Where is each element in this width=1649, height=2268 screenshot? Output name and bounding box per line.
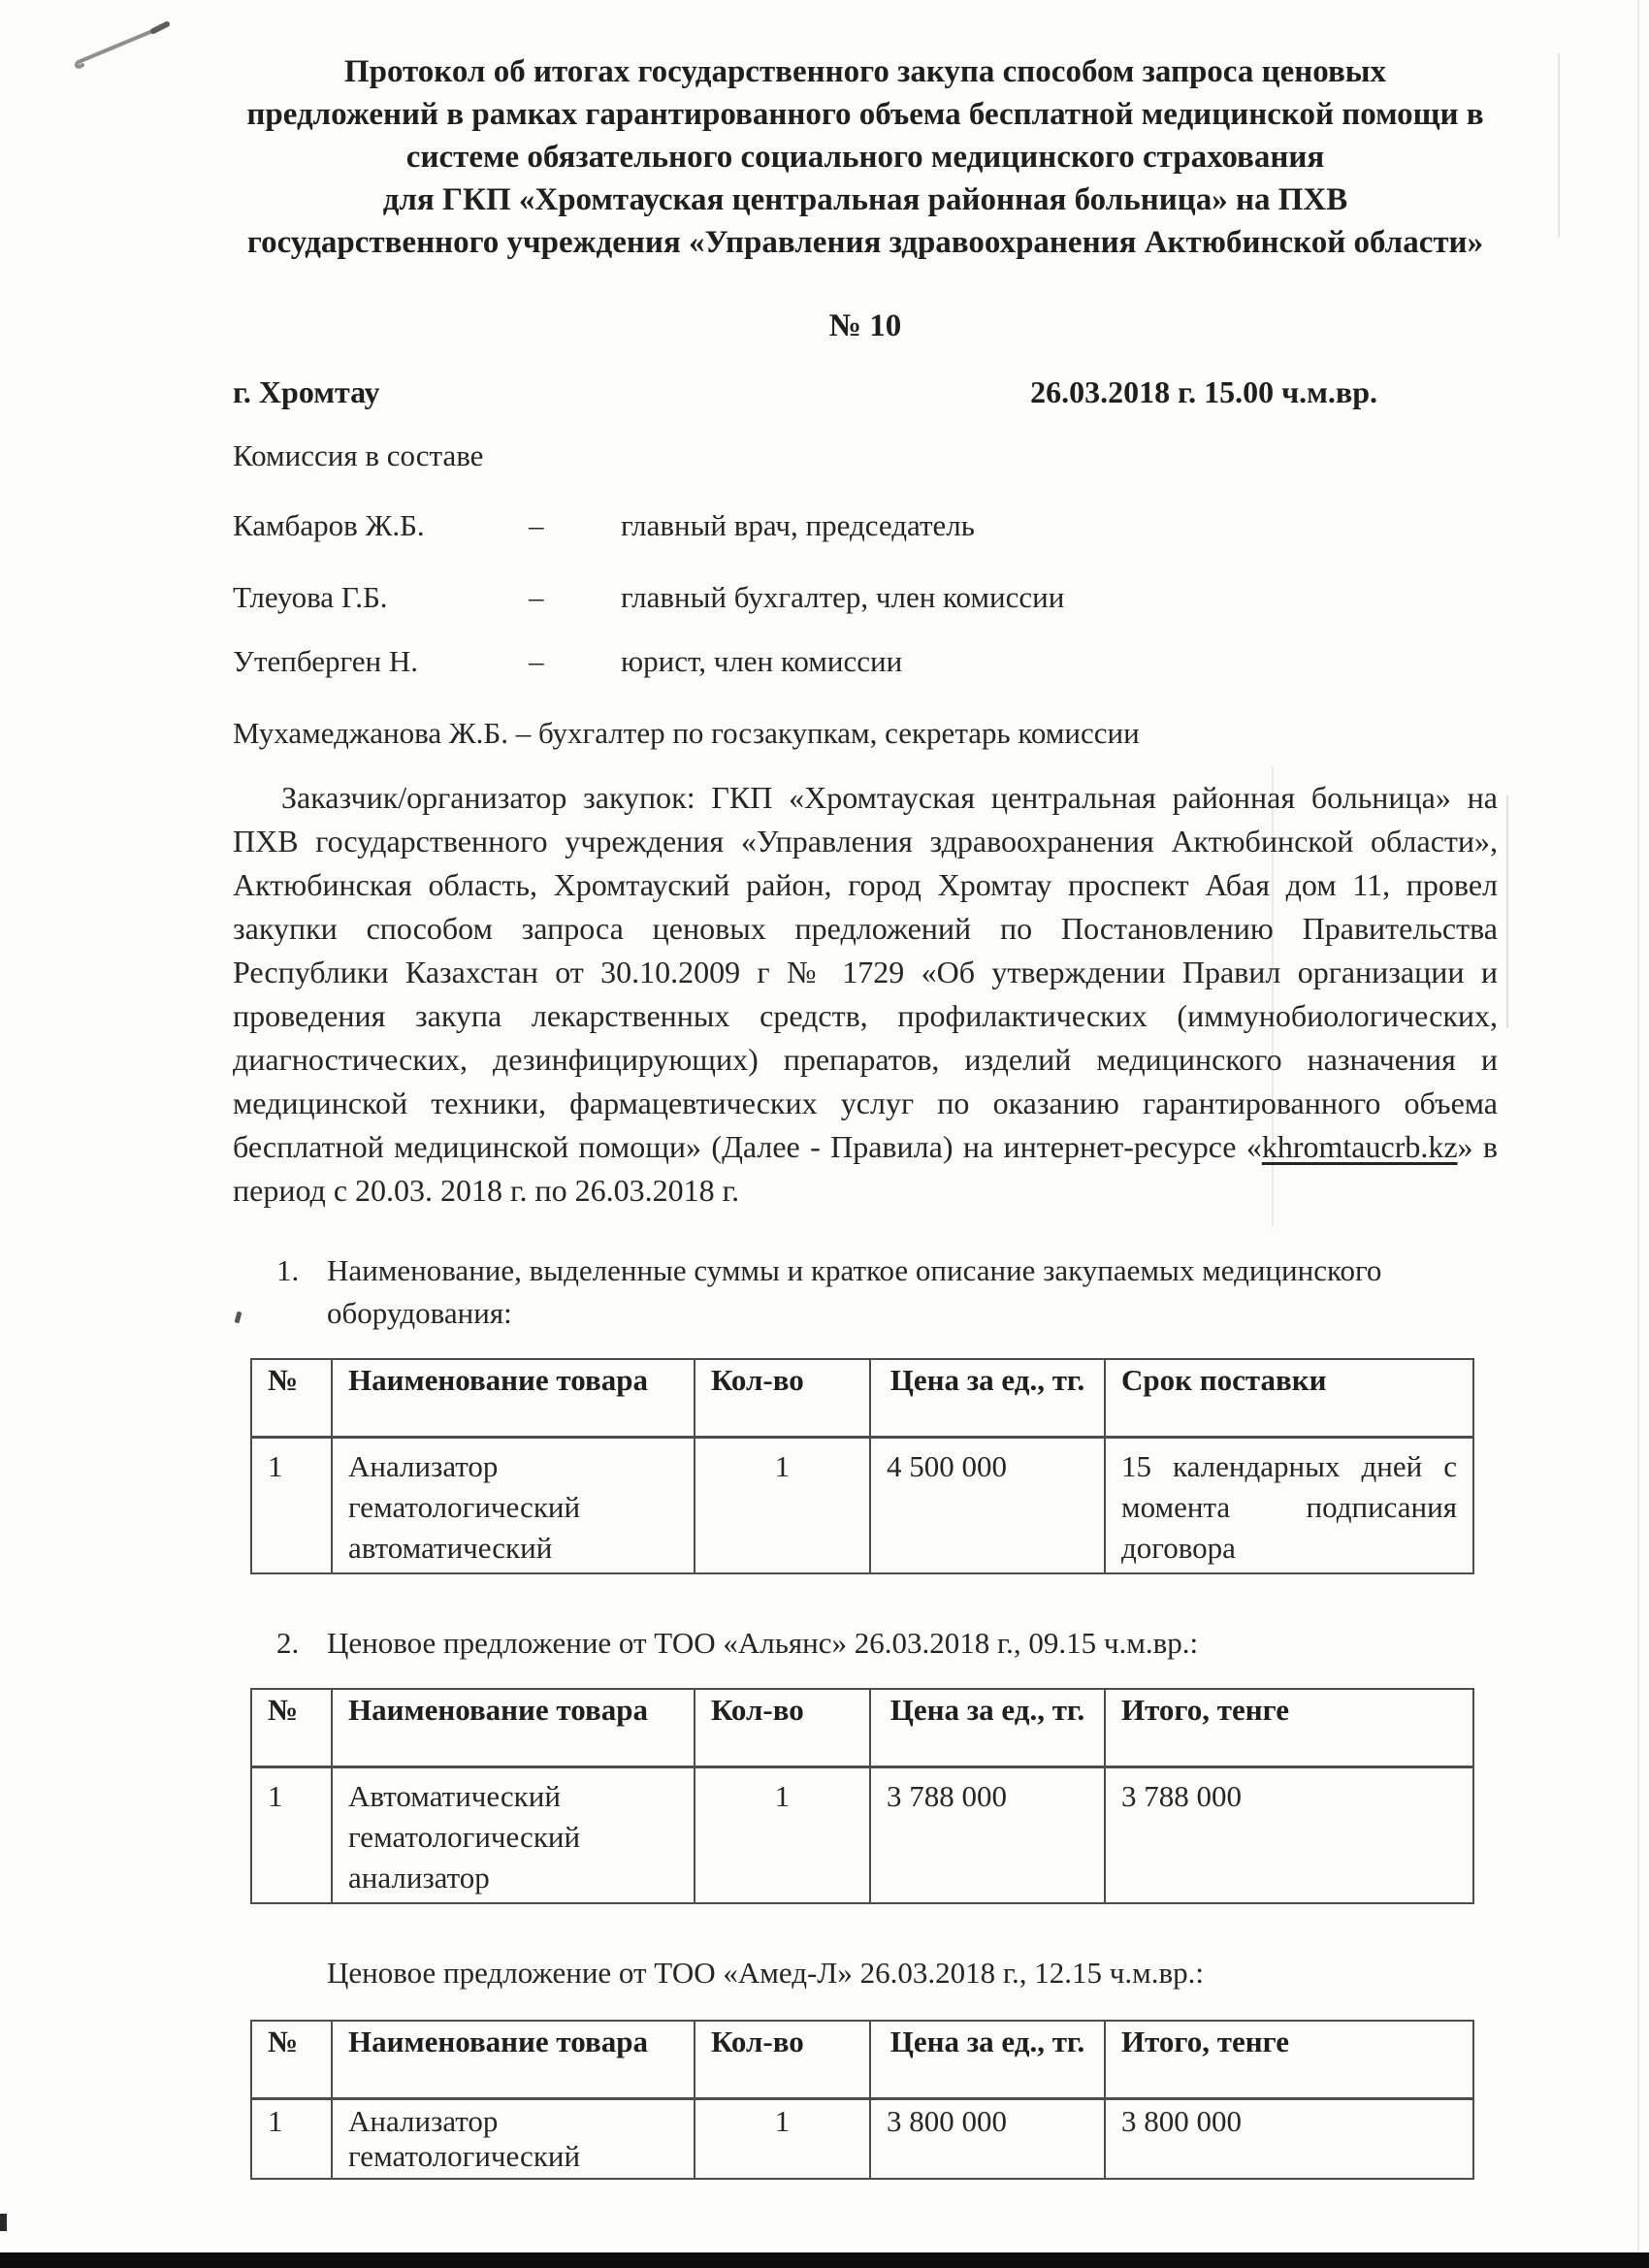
header-cell-qty: Кол-во: [695, 1689, 870, 1767]
title-line-2: предложений в рамках гарантированного об…: [233, 93, 1498, 136]
commission-member-role: главный бухгалтер, член комиссии: [621, 580, 1498, 615]
section-text: Наименование, выделенные суммы и краткое…: [327, 1249, 1498, 1335]
commission-row: Камбаров Ж.Б. – главный врач, председате…: [233, 508, 1498, 543]
section-text: Ценовое предложение от ТОО «Альянс» 26.0…: [327, 1622, 1498, 1665]
title-line-1: Протокол об итогах государственного заку…: [233, 50, 1498, 93]
header-cell-total: Итого, тенге: [1105, 2021, 1473, 2099]
section-item-1: 1. Наименование, выделенные суммы и крат…: [276, 1249, 1498, 1335]
commission-dash: –: [529, 644, 621, 679]
header-cell-qty: Кол-во: [695, 1359, 870, 1438]
header-cell-price: Цена за ед., тг.: [870, 2021, 1105, 2099]
place-label: г. Хромтау: [233, 374, 380, 410]
scan-edge-mark: [0, 2214, 7, 2231]
table-header-row: № Наименование товара Кол-во Цена за ед.…: [251, 1689, 1473, 1767]
section-number: 1.: [276, 1249, 327, 1335]
offer-amed-table: № Наименование товара Кол-во Цена за ед.…: [250, 2020, 1474, 2180]
cell-number: 1: [251, 2099, 332, 2180]
header-cell-number: №: [251, 1689, 332, 1767]
title-line-3: системе обязательного социального медици…: [233, 136, 1498, 178]
header-cell-product: Наименование товара: [332, 1359, 695, 1438]
table-header-row: № Наименование товара Кол-во Цена за ед.…: [251, 1359, 1473, 1438]
header-cell-qty: Кол-во: [695, 2021, 870, 2099]
document-title: Протокол об итогах государственного заку…: [233, 50, 1498, 264]
scan-streak: [1558, 53, 1560, 238]
header-cell-product: Наименование товара: [332, 1689, 695, 1767]
table-row: 1 Автоматический гематологический анализ…: [251, 1767, 1473, 1904]
scan-bottom-bar: [0, 2252, 1649, 2268]
cell-total: 3 800 000: [1105, 2099, 1473, 2180]
secretary-line: Мухамеджанова Ж.Б. – бухгалтер по госзак…: [233, 716, 1140, 751]
table-row: 1 Анализатор гематологический 1 3 800 00…: [251, 2099, 1473, 2180]
scan-speck: [235, 1312, 242, 1324]
header-cell-number: №: [251, 2021, 332, 2099]
table-row: 1 Анализатор гематологический автоматиче…: [251, 1438, 1473, 1574]
cell-number: 1: [251, 1438, 332, 1574]
customer-paragraph: Заказчик/организатор закупок: ГКП «Хромт…: [233, 776, 1498, 1213]
cell-number: 1: [251, 1767, 332, 1904]
document-number: № 10: [233, 308, 1498, 344]
cell-product: Анализатор гематологический автоматическ…: [332, 1438, 695, 1574]
cell-price: 4 500 000: [870, 1438, 1105, 1574]
header-cell-product: Наименование товара: [332, 2021, 695, 2099]
cell-delivery: 15 календарных дней с момента подписания…: [1105, 1438, 1473, 1574]
cell-price: 3 800 000: [870, 2099, 1105, 2180]
title-line-5: государственного учреждения «Управления …: [233, 221, 1498, 264]
place-date-row: г. Хромтау 26.03.2018 г. 15.00 ч.м.вр.: [233, 374, 1377, 410]
scan-streak: [1506, 795, 1508, 1028]
commission-member-name: Камбаров Ж.Б.: [233, 508, 529, 543]
paragraph-text-before: Заказчик/организатор закупок: ГКП «Хромт…: [233, 780, 1498, 1164]
commission-row: Утепберген Н. – юрист, член комиссии: [233, 644, 1498, 679]
cell-qty: 1: [695, 1438, 870, 1574]
section-text: Ценовое предложение от ТОО «Амед-Л» 26.0…: [327, 1952, 1498, 1994]
header-cell-total: Итого, тенге: [1105, 1689, 1473, 1767]
section-number: 2.: [276, 1622, 327, 1665]
commission-heading: Комиссия в составе: [233, 438, 483, 473]
cell-qty: 1: [695, 2099, 870, 2180]
section-item-2: 2. Ценовое предложение от ТОО «Альянс» 2…: [276, 1622, 1498, 1665]
scanned-protocol-page: Протокол об итогах государственного заку…: [0, 0, 1649, 2268]
commission-row: Тлеуова Г.Б. – главный бухгалтер, член к…: [233, 580, 1498, 615]
datetime-label: 26.03.2018 г. 15.00 ч.м.вр.: [1030, 374, 1377, 410]
table-header-row: № Наименование товара Кол-во Цена за ед.…: [251, 2021, 1473, 2099]
commission-dash: –: [529, 508, 621, 543]
pen-stroke-mark: [68, 17, 179, 71]
scan-streak: [1272, 766, 1274, 1227]
cell-qty: 1: [695, 1767, 870, 1904]
scan-streak: [1637, 0, 1639, 2268]
offer-alliance-table: № Наименование товара Кол-во Цена за ед.…: [250, 1688, 1474, 1904]
cell-product: Автоматический гематологический анализат…: [332, 1767, 695, 1904]
header-cell-price: Цена за ед., тг.: [870, 1689, 1105, 1767]
website-link-text: khromtaucrb.kz: [1262, 1129, 1458, 1164]
lot-description-table: № Наименование товара Кол-во Цена за ед.…: [250, 1358, 1474, 1574]
commission-dash: –: [529, 580, 621, 615]
section-item-3: Ценовое предложение от ТОО «Амед-Л» 26.0…: [327, 1952, 1498, 1994]
header-cell-number: №: [251, 1359, 332, 1438]
cell-total: 3 788 000: [1105, 1767, 1473, 1904]
title-line-4: для ГКП «Хромтауская центральная районна…: [233, 178, 1498, 221]
commission-member-role: юрист, член комиссии: [621, 644, 1498, 679]
commission-member-name: Утепберген Н.: [233, 644, 529, 679]
commission-member-name: Тлеуова Г.Б.: [233, 580, 529, 615]
header-cell-price: Цена за ед., тг.: [870, 1359, 1105, 1438]
cell-price: 3 788 000: [870, 1767, 1105, 1904]
commission-member-role: главный врач, председатель: [621, 508, 1498, 543]
header-cell-delivery: Срок поставки: [1105, 1359, 1473, 1438]
cell-product: Анализатор гематологический: [332, 2099, 695, 2180]
